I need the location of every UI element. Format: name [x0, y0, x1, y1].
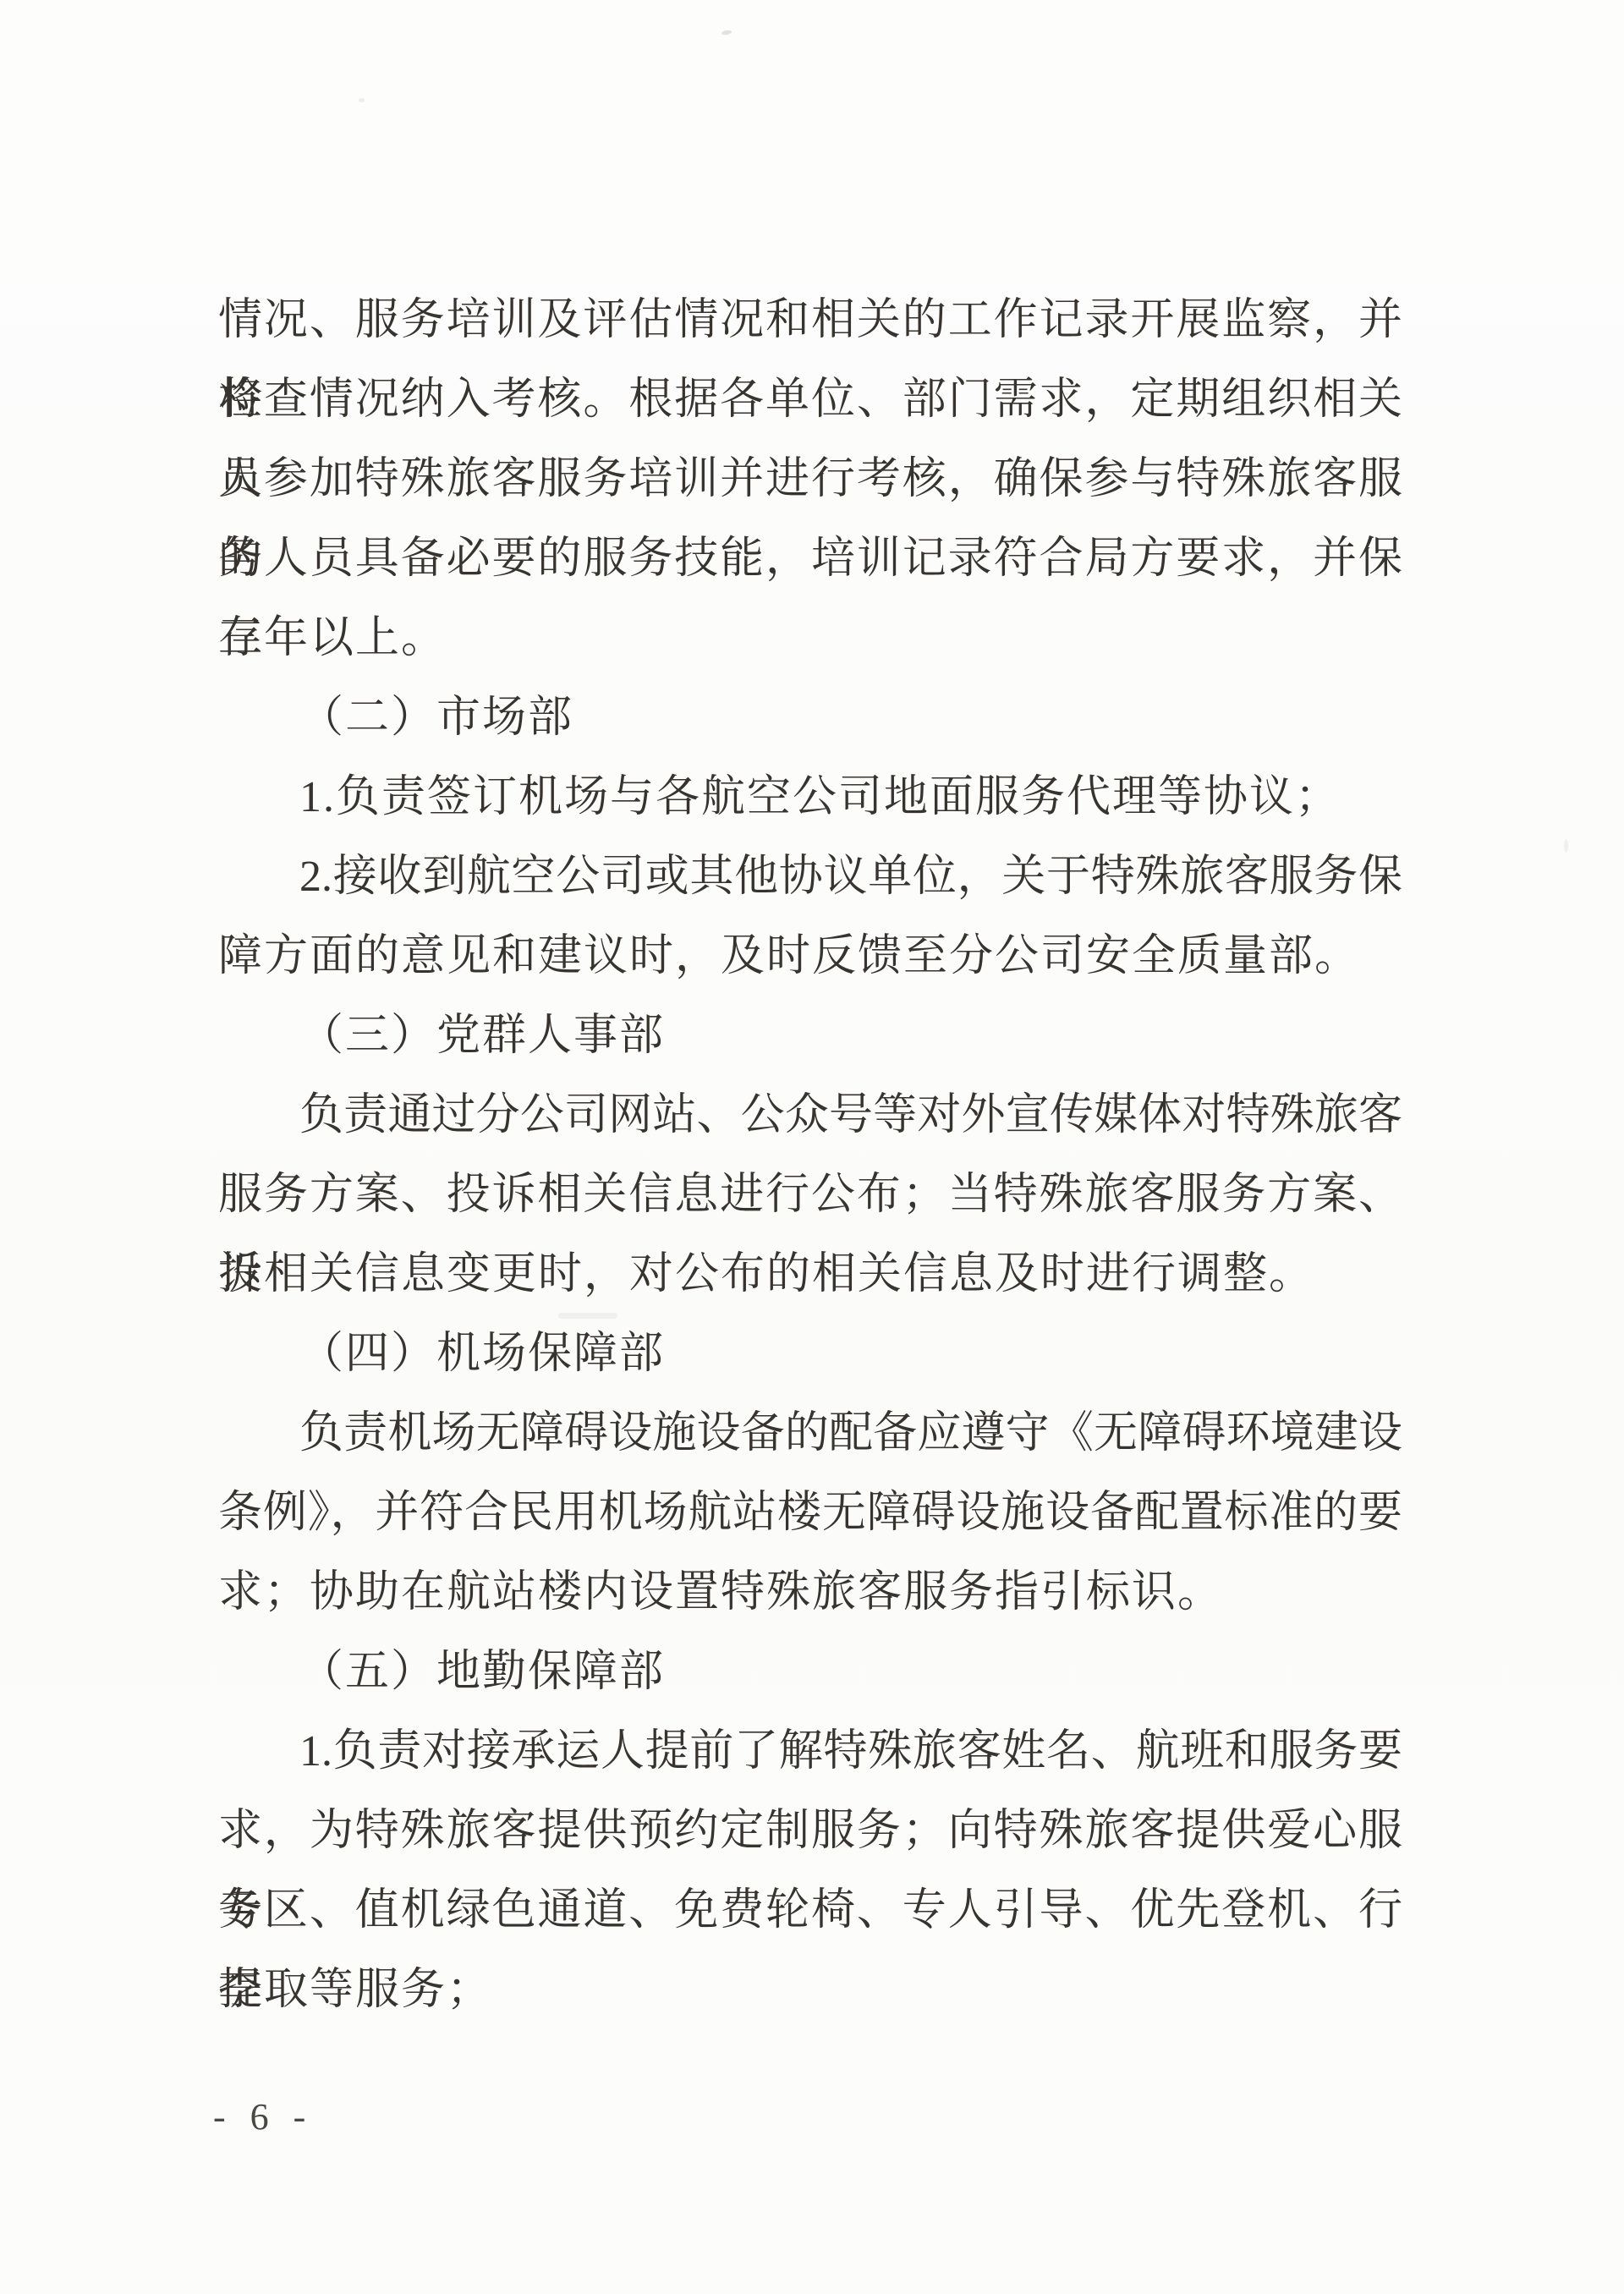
section-heading: （四）机场保障部 — [218, 1314, 1402, 1394]
text-line: 三年以上。 — [218, 599, 1402, 678]
text-line: 2.接收到航空公司或其他协议单位，关于特殊旅客服务保 — [218, 837, 1402, 917]
text-line: 条例》，并符合民用机场航站楼无障碍设施设备配置标准的要 — [218, 1474, 1402, 1553]
text-line: 障方面的意见和建议时，及时反馈至分公司安全质量部。 — [218, 917, 1402, 996]
section-heading: （三）党群人事部 — [218, 996, 1402, 1076]
section-heading: （五）地勤保障部 — [218, 1633, 1402, 1712]
text-line: 服务方案、投诉相关信息进行公布；当特殊旅客服务方案、投 — [218, 1155, 1402, 1235]
text-line: 检查情况纳入考核。根据各单位、部门需求，定期组织相关人 — [218, 360, 1402, 440]
text-line: 负责通过分公司网站、公众号等对外宣传媒体对特殊旅客 — [218, 1076, 1402, 1155]
section-heading: （二）市场部 — [218, 678, 1402, 758]
text-line: 求；协助在航站楼内设置特殊旅客服务指引标识。 — [218, 1553, 1402, 1633]
text-line: 情况、服务培训及评估情况和相关的工作记录开展监察，并将 — [218, 281, 1402, 360]
text-line: 1.负责对接承运人提前了解特殊旅客姓名、航班和服务要 — [218, 1712, 1402, 1792]
document-body: 情况、服务培训及评估情况和相关的工作记录开展监察，并将 检查情况纳入考核。根据各… — [218, 281, 1402, 2030]
text-line: 负责机场无障碍设施设备的配备应遵守《无障碍环境建设 — [218, 1394, 1402, 1474]
text-line: 求，为特殊旅客提供预约定制服务；向特殊旅客提供爱心服务 — [218, 1792, 1402, 1871]
scanned-document-page: 情况、服务培训及评估情况和相关的工作记录开展监察，并将 检查情况纳入考核。根据各… — [0, 0, 1624, 2294]
page-number: - 6 - — [213, 2077, 313, 2157]
text-line: 诉相关信息变更时，对公布的相关信息及时进行调整。 — [218, 1235, 1402, 1314]
scan-artifact — [1564, 839, 1568, 853]
text-line: 员参加特殊旅客服务培训并进行考核，确保参与特殊旅客服务 — [218, 440, 1402, 519]
text-line: 提取等服务； — [218, 1951, 1402, 2030]
text-line: 的人员具备必要的服务技能，培训记录符合局方要求，并保存 — [218, 519, 1402, 599]
text-line: 1.负责签订机场与各航空公司地面服务代理等协议； — [218, 758, 1402, 837]
scan-artifact — [359, 98, 365, 102]
scan-artifact — [558, 1313, 617, 1319]
scan-artifact — [721, 30, 732, 36]
text-line: 专区、值机绿色通道、免费轮椅、专人引导、优先登机、行李 — [218, 1871, 1402, 1951]
